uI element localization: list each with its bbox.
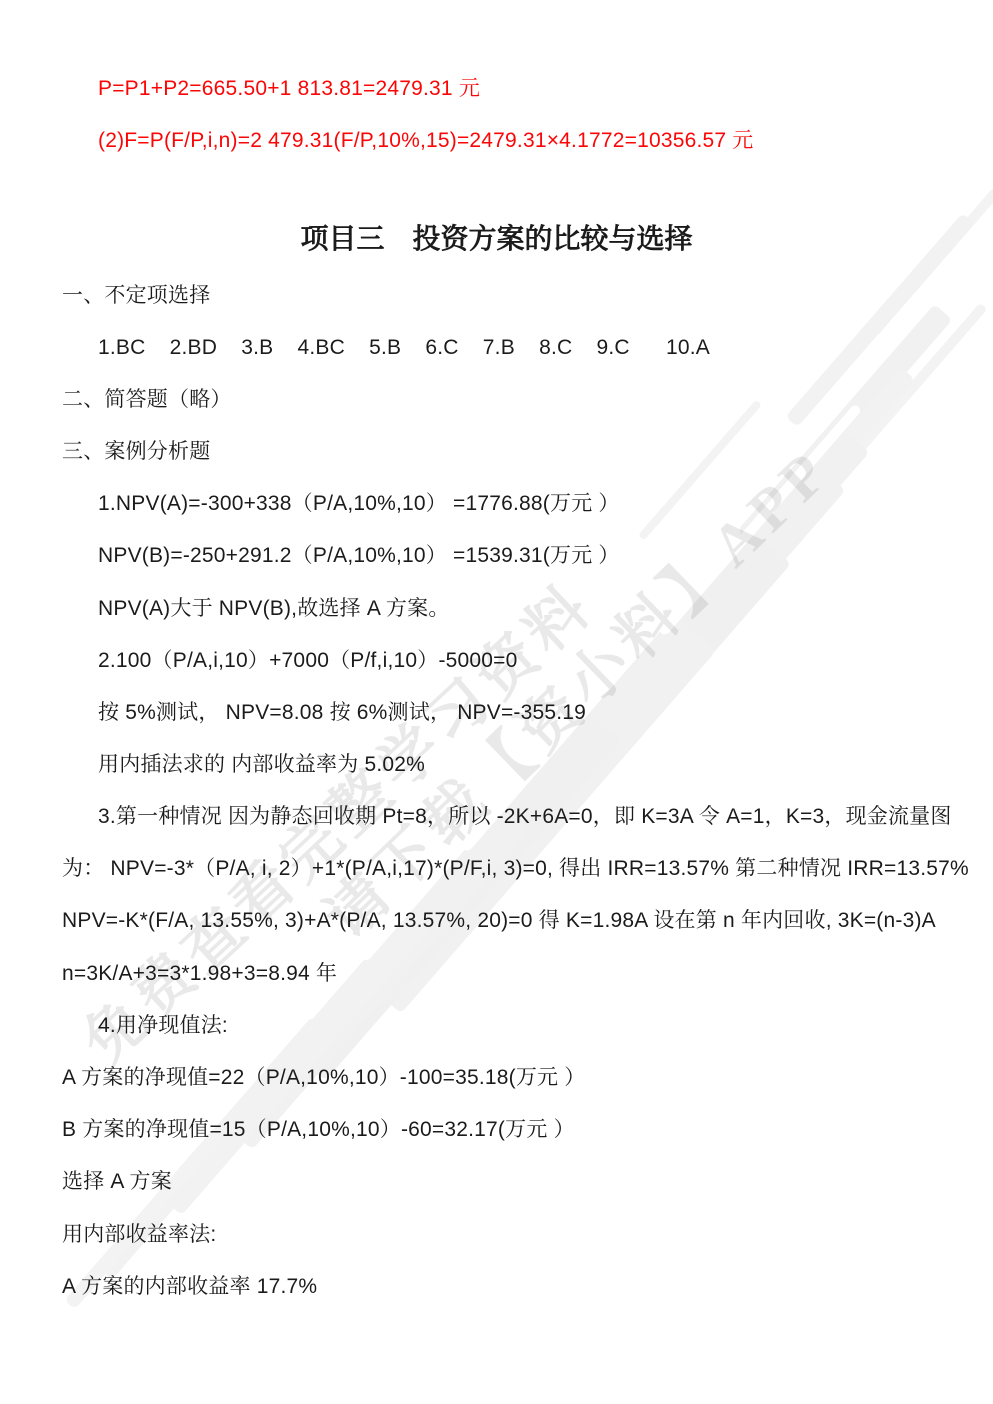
watermark-stroke bbox=[869, 187, 993, 337]
case2-equation: 2.100（P/A,i,10）+7000（P/f,i,10）-5000=0 bbox=[98, 647, 518, 674]
case3-paragraph-line4: n=3K/A+3=3*1.98+3=8.94 年 bbox=[62, 960, 337, 987]
section-two-heading: 二、简答题（略） bbox=[62, 386, 232, 413]
case3-paragraph-line1: 3.第一种情况 因为静态回收期 Pt=8，所以 -2K+6A=0，即 K=3A … bbox=[98, 803, 952, 830]
case4-choose-plan: 选择 A 方案 bbox=[62, 1168, 172, 1195]
case1-npv-b: NPV(B)=-250+291.2（P/A,10%,10） =1539.31(万… bbox=[98, 542, 620, 569]
case4-npv-plan-b: B 方案的净现值=15（P/A,10%,10）-60=32.17(万元 ） bbox=[62, 1116, 575, 1143]
section-one-heading: 一、不定项选择 bbox=[62, 282, 210, 309]
case4-method-heading: 4.用净现值法: bbox=[98, 1012, 228, 1039]
case3-paragraph-line3: NPV=-K*(F/A, 13.55%, 3)+A*(P/A, 13.57%, … bbox=[62, 907, 936, 934]
watermark-stroke bbox=[842, 302, 987, 467]
case4-irr-plan-a: A 方案的内部收益率 17.7% bbox=[62, 1273, 317, 1300]
solution-line-f-value: (2)F=P(F/P,i,n)=2 479.31(F/P,10%,15)=247… bbox=[98, 127, 754, 154]
watermark-stroke bbox=[640, 430, 869, 686]
watermark-stroke bbox=[685, 368, 915, 629]
watermark-stroke bbox=[159, 909, 431, 1215]
watermark-stroke bbox=[658, 404, 862, 637]
case4-npv-plan-a: A 方案的净现值=22（P/A,10%,10）-100=35.18(万元 ） bbox=[62, 1064, 585, 1091]
document-page: 免费查看完整学习资料 请下载【资小料】APP P=P1+P2=665.50+1 … bbox=[0, 0, 993, 1404]
case1-conclusion: NPV(A)大于 NPV(B),故选择 A 方案。 bbox=[98, 595, 450, 622]
chapter-title: 项目三 投资方案的比较与选择 bbox=[0, 222, 993, 256]
case3-paragraph-line2: 为： NPV=-3*（P/A, i, 2）+1*(P/A,i,17)*(P/F,… bbox=[62, 855, 969, 882]
case2-irr-result: 用内插法求的 内部收益率为 5.02% bbox=[98, 751, 425, 778]
section-three-heading: 三、案例分析题 bbox=[62, 438, 210, 465]
case1-npv-a: 1.NPV(A)=-300+338（P/A,10%,10） =1776.88(万… bbox=[98, 490, 620, 517]
watermark-stroke bbox=[738, 304, 953, 546]
solution-line-p-total: P=P1+P2=665.50+1 813.81=2479.31 元 bbox=[98, 75, 480, 102]
multiple-choice-answers: 1.BC 2.BD 3.B 4.BC 5.B 6.C 7.B 8.C 9.C 1… bbox=[98, 334, 710, 361]
case2-tests: 按 5%测试， NPV=8.08 按 6%测试， NPV=-355.19 bbox=[98, 699, 586, 726]
watermark-stroke bbox=[638, 399, 762, 540]
case4-irr-method-heading: 用内部收益率法: bbox=[62, 1221, 216, 1248]
